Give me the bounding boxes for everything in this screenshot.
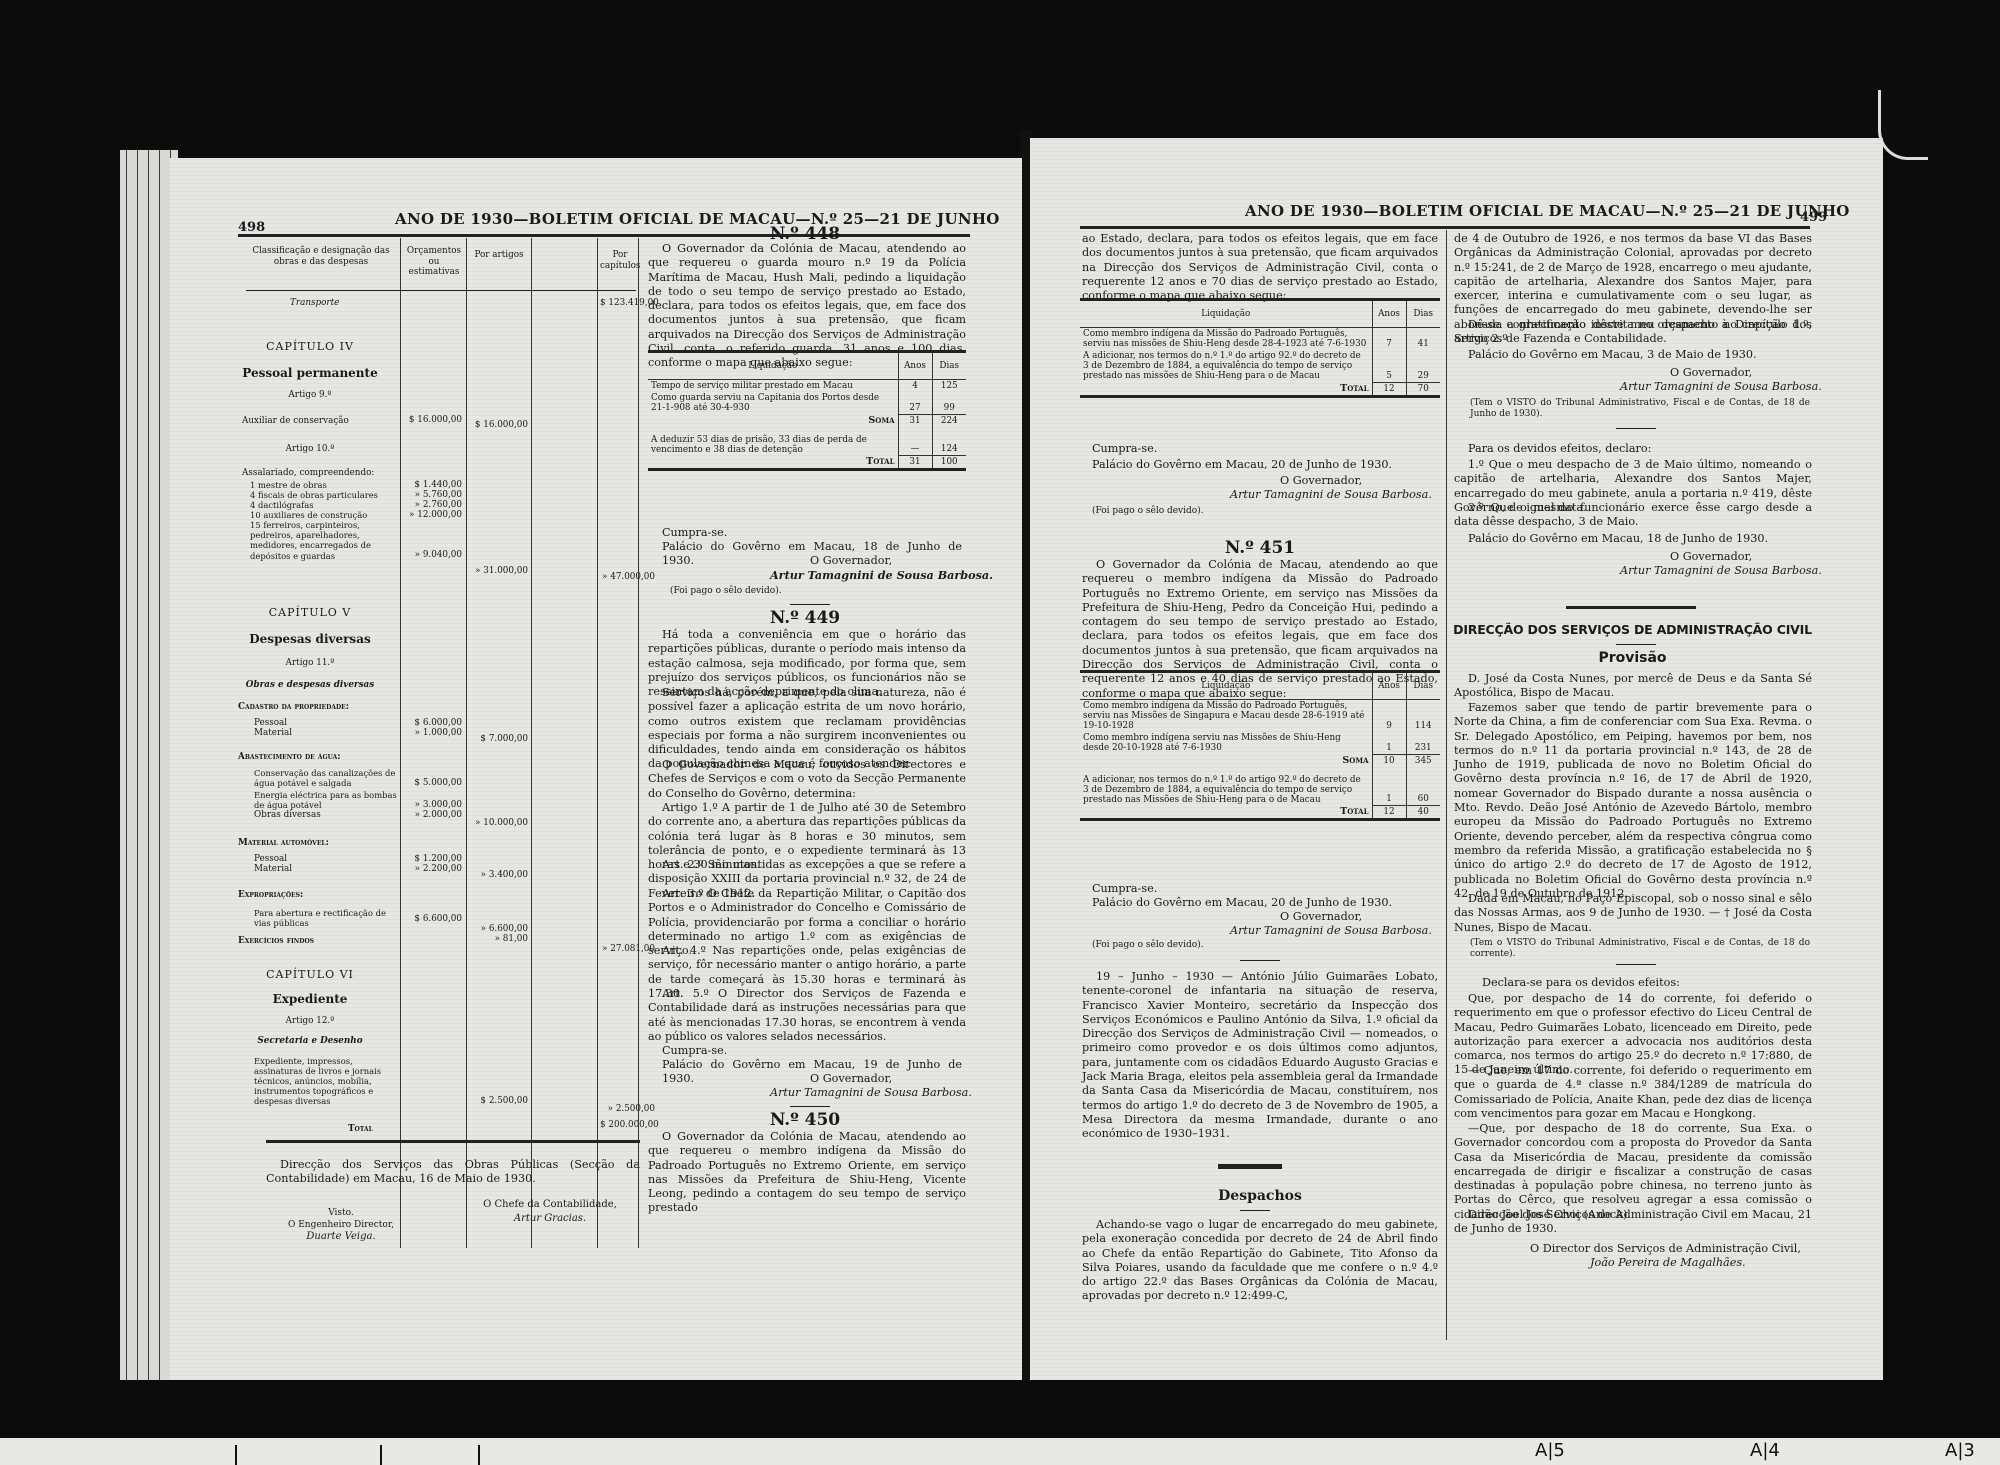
governor-title: O Governador, xyxy=(1670,366,1752,380)
chapter-subtitle: Despesas diversas xyxy=(230,632,390,646)
scan-marker: A|4 xyxy=(1750,1440,1780,1461)
liq-anos: 10 xyxy=(1372,754,1406,767)
budget-amount: $ 6.600,00 xyxy=(406,914,462,924)
budget-amount: $ 7.000,00 xyxy=(470,734,528,744)
governor-title: O Governador, xyxy=(810,1072,892,1086)
chapter-title: CAPÍTULO V xyxy=(230,606,390,619)
liq-row-text: A deduzir 53 dias de prisão, 33 dias de … xyxy=(648,427,898,456)
liq-row-text: A adicionar, nos termos do n.º 1.º do ar… xyxy=(1080,767,1372,806)
th-dias: Dias xyxy=(1406,300,1440,328)
col-header-by-article: Por artigos xyxy=(470,250,528,261)
total-label: Total xyxy=(348,1124,373,1135)
scan-strip xyxy=(0,1438,2000,1465)
decree-number: N.º 451 xyxy=(1080,538,1440,558)
budget-item: Conservação das canalizações de água pot… xyxy=(254,768,399,788)
signature-line: Visto. xyxy=(266,1208,416,1219)
header-rule xyxy=(1080,226,1810,229)
chapter-title: CAPÍTULO VI xyxy=(230,968,390,981)
th-anos: Anos xyxy=(1372,672,1406,700)
budget-amount: » 5.760,00 xyxy=(406,490,462,500)
cumpra-se: Cumpra-se. xyxy=(662,526,727,540)
governor-name: Artur Tamagnini de Sousa Barbosa. xyxy=(1230,924,1432,938)
budget-item: 4 dactilógrafas xyxy=(250,500,314,511)
transporte-label: Transporte xyxy=(290,298,339,309)
governor-title: O Governador, xyxy=(1670,550,1752,564)
scan-marker: A|3 xyxy=(1945,1440,1975,1461)
despacho-body: Achando-se vago o lugar de encarregado d… xyxy=(1082,1218,1438,1304)
signature-line: O Chefe da Contabilidade, xyxy=(470,1200,630,1211)
declaration-intro: Declara-se para os devidos efeitos: xyxy=(1482,976,1812,990)
selo-note: (Foi pago o sêlo devido). xyxy=(1092,940,1204,951)
governor-name: Artur Tamagnini de Sousa Barbosa. xyxy=(770,1086,972,1100)
separator xyxy=(1616,428,1656,429)
budget-item: 15 ferreiros, carpinteiros, pedreiros, a… xyxy=(250,520,395,561)
selo-note: (Foi pago o sêlo devido). xyxy=(1092,506,1204,517)
group-label: Cadastro da propriedade: xyxy=(238,702,349,713)
liq-anos: 7 xyxy=(1372,328,1406,351)
nomeacao-text: 19 – Junho – 1930 — António Júlio Guimar… xyxy=(1082,970,1438,1142)
governor-name: Artur Tamagnini de Sousa Barbosa. xyxy=(1230,488,1432,502)
liq-anos: 31 xyxy=(898,414,932,427)
director-title: O Director dos Serviços de Administração… xyxy=(1530,1242,1801,1256)
budget-amount: » 1.000,00 xyxy=(406,728,462,738)
budget-amount: $ 5.000,00 xyxy=(406,778,462,788)
liquidation-table: LiquidaçãoAnosDias Tempo de serviço mili… xyxy=(648,350,966,471)
cumpra-se: Cumpra-se. xyxy=(662,1044,727,1058)
chapter-subtitle: Pessoal permanente xyxy=(230,366,390,380)
liq-dias: 345 xyxy=(1406,754,1440,767)
liq-row-text: Tempo de serviço militar prestado em Mac… xyxy=(648,380,898,393)
liq-row-text: Como guarda serviu na Capitania dos Port… xyxy=(648,392,898,414)
decree-paragraph: O Governador de Macau, ouvidos os Direct… xyxy=(648,758,966,801)
governor-title: O Governador, xyxy=(810,554,892,568)
liq-dias: 125 xyxy=(932,380,966,393)
table-bottom-rule xyxy=(266,1140,640,1143)
th-anos: Anos xyxy=(1372,300,1406,328)
governor-name: Artur Tamagnini de Sousa Barbosa. xyxy=(1620,564,1822,578)
palacio-date: Palácio do Govêrno em Macau, 20 de Junho… xyxy=(1092,896,1432,910)
liq-dias: 224 xyxy=(932,414,966,427)
col-divider xyxy=(531,238,532,1248)
budget-amount: » 2.200,00 xyxy=(406,864,462,874)
section-separator xyxy=(1566,606,1696,609)
liq-row-text: Como membro indígena serviu nas Missões … xyxy=(1080,732,1372,754)
group-label: Expropriações: xyxy=(238,890,303,901)
liq-anos: 5 xyxy=(1372,350,1406,382)
budget-item: Pessoal xyxy=(254,854,287,865)
group-label: Exercícios findos xyxy=(238,936,314,947)
section-title: DIRECÇÃO DOS SERVIÇOS DE ADMINISTRAÇÃO C… xyxy=(1450,622,1815,637)
closing-text: Direcção dos Serviços das Obras Públicas… xyxy=(266,1158,640,1187)
page-number: 499 xyxy=(1800,210,1827,225)
liq-anos: 9 xyxy=(1372,700,1406,733)
liq-anos: 1 xyxy=(1372,767,1406,806)
liq-dias: 124 xyxy=(932,427,966,456)
palacio-date: Palácio do Govêrno em Macau, 20 de Junho… xyxy=(1092,458,1432,472)
cumpra-se: Cumpra-se. xyxy=(1092,882,1157,896)
liq-row-text: Como membro indígena da Missão do Padroa… xyxy=(1080,700,1372,733)
article-label: Artigo 11.º xyxy=(230,658,390,669)
separator xyxy=(790,604,830,605)
decree-number: N.º 450 xyxy=(640,1110,970,1130)
governor-title: O Governador, xyxy=(1280,910,1362,924)
liq-anos: 12 xyxy=(1372,806,1406,820)
budget-amount: » 27.081,00 xyxy=(600,944,655,954)
governor-title: O Governador, xyxy=(1280,474,1362,488)
budget-amount: » 10.000,00 xyxy=(470,818,528,828)
budget-amount: » 3.000,00 xyxy=(406,800,462,810)
transporte-value: $ 123.419,00 xyxy=(600,298,655,308)
decree-body: ao Estado, declara, para todos os efeito… xyxy=(1082,232,1438,303)
declaration-item: 2.º Que o mesmo funcionário exerce êsse … xyxy=(1454,501,1812,530)
separator xyxy=(1616,644,1656,645)
governor-name: Artur Tamagnini de Sousa Barbosa. xyxy=(1620,380,1822,394)
col-divider xyxy=(597,238,598,1248)
budget-amount: » 31.000,00 xyxy=(470,566,528,576)
liq-dias: 40 xyxy=(1406,806,1440,820)
liq-anos: 4 xyxy=(898,380,932,393)
liquidation-table: LiquidaçãoAnosDias Como membro indígena … xyxy=(1080,670,1440,821)
scan-tick xyxy=(235,1445,237,1465)
budget-item: Energia eléctrica para as bombas de água… xyxy=(254,790,399,810)
budget-amount: $ 6.000,00 xyxy=(406,718,462,728)
budget-item: 4 fiscais de obras particulares xyxy=(250,490,378,501)
page-number: 498 xyxy=(238,220,265,235)
col-divider xyxy=(466,238,467,1248)
budget-amount: $ 1.200,00 xyxy=(406,854,462,864)
article-label: Artigo 9.º xyxy=(230,390,390,401)
liq-row-text: Como membro indígena da Missão do Padroa… xyxy=(1080,328,1372,351)
liq-dias: 100 xyxy=(932,456,966,470)
decree-number: N.º 448 xyxy=(640,224,970,244)
scan-tick xyxy=(478,1445,480,1465)
budget-amount: » 2.760,00 xyxy=(406,500,462,510)
budget-amount: » 12.000,00 xyxy=(406,510,462,520)
director-name: João Pereira de Magalhães. xyxy=(1590,1256,1746,1270)
liq-anos: 27 xyxy=(898,392,932,414)
palacio-date: Palácio do Govêrno em Macau, 3 de Maio d… xyxy=(1468,348,1808,362)
budget-item: Auxiliar de conservação xyxy=(242,416,349,427)
liq-soma-label: Soma xyxy=(1080,754,1372,767)
visto-note: (Tem o VISTO do Tribunal Administrativo,… xyxy=(1470,938,1810,960)
budget-amount: $ 16.000,00 xyxy=(406,415,462,425)
section-separator xyxy=(1218,1164,1282,1169)
section-title: Despachos xyxy=(1080,1188,1440,1204)
article-label: Artigo 12.º xyxy=(230,1016,390,1027)
col-header-by-chapter: Por capítulos xyxy=(600,250,640,271)
budget-item: Para abertura e rectificação de vias púb… xyxy=(254,908,399,928)
signature-name: Artur Gracias. xyxy=(470,1214,630,1225)
budget-amount: » 2.000,00 xyxy=(406,810,462,820)
liq-dias: 41 xyxy=(1406,328,1440,351)
section-label: Secretaria e Desenho xyxy=(230,1036,390,1047)
col-header-designation: Classificação e designação das obras e d… xyxy=(246,246,396,267)
budget-amount: » 9.040,00 xyxy=(406,550,462,560)
budget-intro: Assalariado, compreendendo: xyxy=(242,468,374,479)
provisao-intro: D. José da Costa Nunes, por mercê de Deu… xyxy=(1454,672,1812,701)
liq-row-text: A adicionar, nos termos do n.º 1.º do ar… xyxy=(1080,350,1372,382)
provisao-body: Fazemos saber que tendo de partir brevem… xyxy=(1454,701,1812,901)
liq-total-label: Total xyxy=(648,456,898,470)
col-divider xyxy=(400,238,401,1248)
running-header: ANO DE 1930—BOLETIM OFICIAL DE MACAU—N.º… xyxy=(1245,202,1850,220)
direccao-date: Direcção dos Serviços de Administração C… xyxy=(1454,1208,1812,1237)
budget-amount: » 47.000,00 xyxy=(600,572,655,582)
th-liquidacao: Liquidação xyxy=(1080,672,1372,700)
group-label: Material automóvel: xyxy=(238,838,329,849)
budget-item: Material xyxy=(254,728,292,739)
provisao-title: Provisão xyxy=(1450,650,1815,666)
declaration-intro: Para os devidos efeitos, declaro: xyxy=(1468,442,1808,456)
chapter-subtitle: Expediente xyxy=(230,992,390,1006)
th-liquidacao: Liquidação xyxy=(648,352,898,380)
budget-amount: $ 1.440,00 xyxy=(406,480,462,490)
header-divider xyxy=(246,290,636,291)
liq-dias: 70 xyxy=(1406,382,1440,396)
budget-amount: $ 16.000,00 xyxy=(470,420,528,430)
liq-anos: — xyxy=(898,427,932,456)
visto-note: (Tem o VISTO do Tribunal Administrativo,… xyxy=(1470,398,1810,420)
scan-marker: A|5 xyxy=(1535,1440,1565,1461)
selo-note: (Foi pago o sêlo devido). xyxy=(670,586,782,597)
budget-item: Expediente, impressos, assinaturas de li… xyxy=(254,1056,399,1106)
col-header-estimates: Orçamentos ou estimativas xyxy=(404,246,464,278)
decree-number: N.º 449 xyxy=(640,608,970,628)
budget-item: Pessoal xyxy=(254,718,287,729)
budget-item: Material xyxy=(254,864,292,875)
liq-dias: 114 xyxy=(1406,700,1440,733)
liq-anos: 1 xyxy=(1372,732,1406,754)
budget-amount: $ 2.500,00 xyxy=(470,1096,528,1106)
group-label: Abastecimento de água: xyxy=(238,752,341,763)
declaration-item: — Que, em 17 do corrente, foi deferido o… xyxy=(1454,1064,1812,1121)
liq-dias: 29 xyxy=(1406,350,1440,382)
budget-amount: » 81,00 xyxy=(470,934,528,944)
liq-dias: 60 xyxy=(1406,767,1440,806)
palacio-date: Palácio do Govêrno em Macau, 18 de Junho… xyxy=(1468,532,1808,546)
scan-tick xyxy=(380,1445,382,1465)
budget-amount: » 3.400,00 xyxy=(470,870,528,880)
liq-dias: 99 xyxy=(932,392,966,414)
th-dias: Dias xyxy=(1406,672,1440,700)
despacho-note: Dê-se conhecimento dêste meu despacho à … xyxy=(1454,318,1812,347)
column-rule xyxy=(1446,230,1447,1340)
budget-amount: » 6.600,00 xyxy=(470,924,528,934)
liq-anos: 12 xyxy=(1372,382,1406,396)
budget-item: Obras diversas xyxy=(254,810,321,821)
separator xyxy=(1240,1210,1270,1211)
liquidation-table: LiquidaçãoAnosDias Como membro indígena … xyxy=(1080,298,1440,398)
separator xyxy=(1616,964,1656,965)
chapter-title: CAPÍTULO IV xyxy=(230,340,390,353)
th-liquidacao: Liquidação xyxy=(1080,300,1372,328)
liq-anos: 31 xyxy=(898,456,932,470)
budget-item: 10 auxiliares de construção xyxy=(250,510,367,521)
separator xyxy=(1240,960,1280,961)
liq-total-label: Total xyxy=(1080,382,1372,396)
right-page: ANO DE 1930—BOLETIM OFICIAL DE MACAU—N.º… xyxy=(1030,138,1883,1380)
signature-line: O Engenheiro Director, xyxy=(266,1220,416,1231)
signature-name: Duarte Veiga. xyxy=(266,1232,416,1243)
section-label: Obras e despesas diversas xyxy=(230,680,390,691)
governor-name: Artur Tamagnini de Sousa Barbosa. xyxy=(770,568,993,582)
column-rule xyxy=(638,238,639,1248)
cumpra-se: Cumpra-se. xyxy=(1092,442,1157,456)
left-page: 498 ANO DE 1930—BOLETIM OFICIAL DE MACAU… xyxy=(170,158,1022,1380)
paper-clip xyxy=(1878,90,1928,160)
decree-body: O Governador da Colónia de Macau, atende… xyxy=(648,1130,966,1216)
budget-item: 1 mestre de obras xyxy=(250,480,395,490)
th-anos: Anos xyxy=(898,352,932,380)
liq-total-label: Total xyxy=(1080,806,1372,820)
liq-soma-label: Soma xyxy=(648,414,898,427)
liq-dias: 231 xyxy=(1406,732,1440,754)
th-dias: Dias xyxy=(932,352,966,380)
separator xyxy=(790,1106,830,1107)
decree-article: Art. 5.º O Director dos Serviços de Faze… xyxy=(648,987,966,1044)
provisao-dada: Dada em Macau, no Paço Episcopal, sob o … xyxy=(1454,892,1812,935)
article-label: Artigo 10.º xyxy=(230,444,390,455)
